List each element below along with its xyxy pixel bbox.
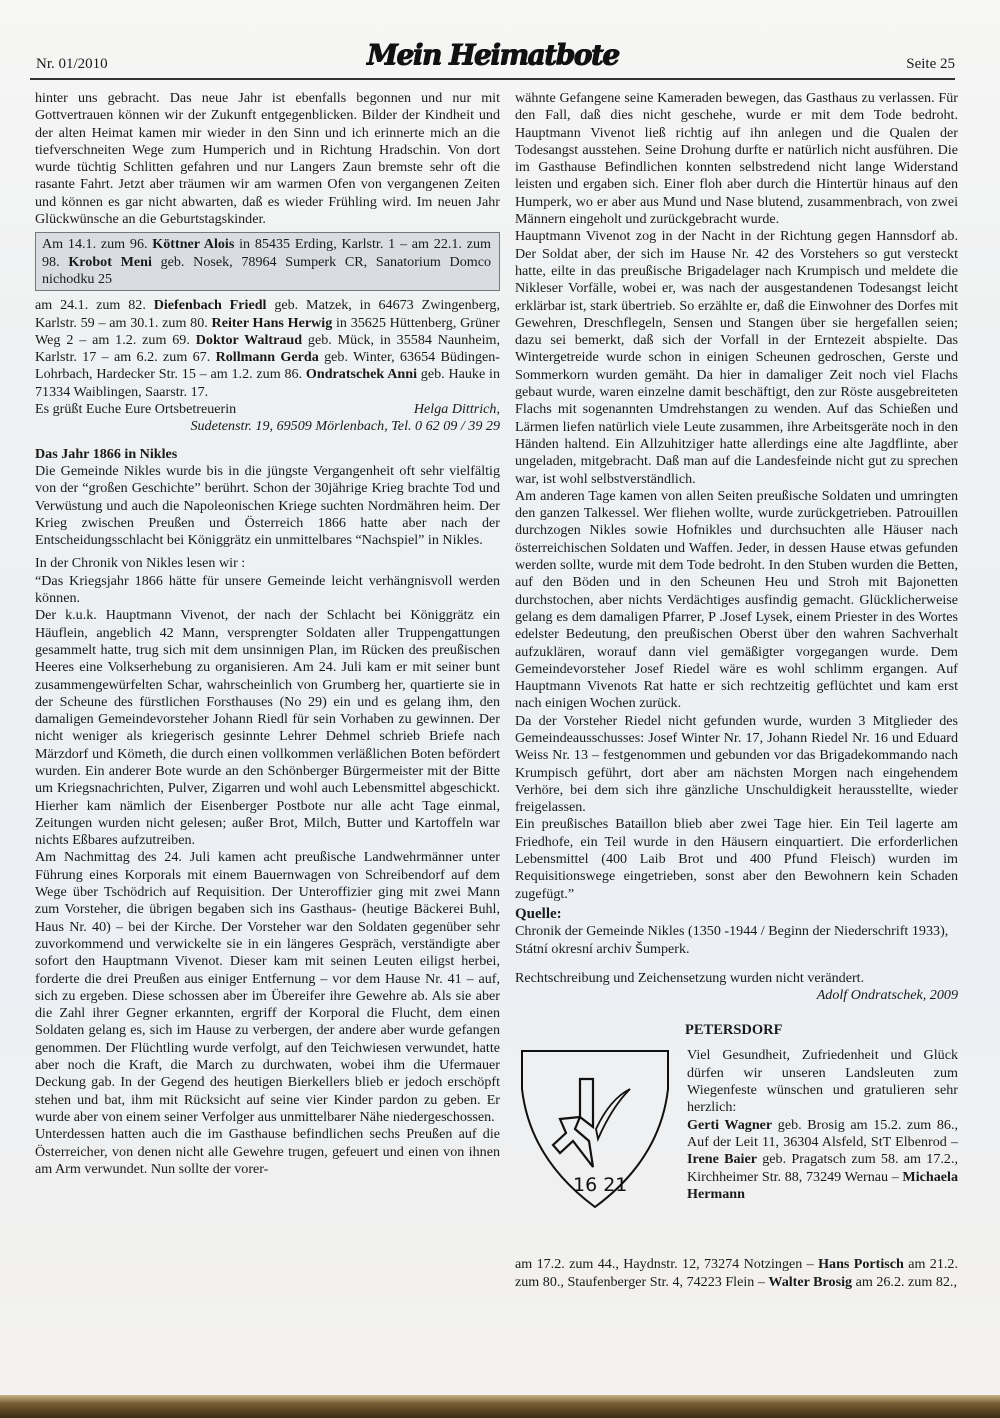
signature-address: Sudetenstr. 19, 69509 Mörlenbach, Tel. 0… [35, 418, 500, 435]
shield-year: 16 21 [573, 1174, 627, 1196]
birthday-name: Ondratschek Anni [306, 366, 417, 382]
birthday-name: Gerti Wagner [687, 1117, 772, 1133]
article-author: Adolf Ondratschek, 2009 [515, 987, 958, 1004]
article-paragraph: Am Nachmittag des 24. Juli kamen acht pr… [35, 849, 500, 1126]
birthday-name: Krobot Meni [68, 254, 152, 270]
petersdorf-coat-of-arms-icon: 16 21 [520, 1049, 670, 1209]
birthday-text: Am 14.1. zum 96. [42, 236, 152, 252]
petersdorf-title: PETERSDORF [685, 1022, 783, 1039]
right-column: wähnte Gefangene seine Kameraden bewegen… [515, 90, 958, 1312]
page-number: Seite 25 [906, 56, 955, 73]
article-title: Das Jahr 1866 in Nikles [35, 446, 500, 463]
intro-paragraph: hinter uns gebracht. Das neue Jahr ist e… [35, 90, 500, 228]
masthead-logo: Mein Heimatbote [367, 38, 619, 71]
birthday-name: Rollmann Gerda [216, 349, 319, 365]
petersdorf-greetings: Viel Gesundheit, Zufriedenheit und Glück… [687, 1047, 958, 1203]
left-column: hinter uns gebracht. Das neue Jahr ist e… [35, 90, 500, 1178]
petersdorf-intro: Viel Gesundheit, Zufriedenheit und Glück… [687, 1047, 958, 1115]
page-header: Nr. 01/2010 Mein Heimatbote Seite 25 [30, 38, 955, 78]
article-paragraph: Ein preußisches Bataillon blieb aber zwe… [515, 816, 958, 902]
birthday-name: Irene Baier [687, 1151, 757, 1167]
article-paragraph: “Das Kriegsjahr 1866 hätte für unsere Ge… [35, 573, 500, 608]
birthday-name: Hans Portisch [818, 1256, 904, 1272]
highlighted-birthdays-box: Am 14.1. zum 96. Köttner Alois in 85435 … [35, 232, 500, 291]
editorial-note: Rechtschreibung und Zeichensetzung wurde… [515, 970, 958, 987]
signature-greeting: Es grüßt Euche Eure Ortsbetreuerin [35, 401, 236, 418]
article-paragraph: Da der Vorsteher Riedel nicht gefunden w… [515, 713, 958, 817]
birthday-name: Diefenbach Friedl [154, 297, 267, 313]
signature-line: Es grüßt Euche Eure Ortsbetreuerin Helga… [35, 401, 500, 418]
issue-number: Nr. 01/2010 [36, 56, 108, 73]
birthday-text: am 26.2. zum 82., [852, 1274, 957, 1290]
source-label: Quelle: [515, 906, 958, 923]
birthday-text: am 17.2. zum 44., Haydnstr. 12, 73274 No… [515, 1256, 818, 1272]
petersdorf-section: PETERSDORF 16 21 Viel Gesundheit, Zufrie… [515, 1022, 958, 1312]
birthday-text: am 24.1. zum 82. [35, 297, 154, 313]
source-text: Chronik der Gemeinde Nikles (1350 -1944 … [515, 923, 958, 958]
article-paragraph: Am anderen Tage kamen von allen Seiten p… [515, 488, 958, 713]
article-paragraph: Der k.u.k. Hauptmann Vivenot, der nach d… [35, 607, 500, 849]
birthday-name: Walter Brosig [768, 1274, 852, 1290]
birthday-name: Köttner Alois [152, 236, 234, 252]
header-rule [30, 78, 955, 80]
page-bottom-edge [0, 1395, 1000, 1418]
petersdorf-birthday-continuation: am 17.2. zum 44., Haydnstr. 12, 73274 No… [515, 1256, 958, 1291]
article-paragraph: Die Gemeinde Nikles wurde bis in die jün… [35, 463, 500, 549]
article-paragraph: wähnte Gefangene seine Kameraden bewegen… [515, 90, 958, 228]
newspaper-page: Nr. 01/2010 Mein Heimatbote Seite 25 hin… [0, 0, 1000, 1395]
signature-name: Helga Dittrich, [414, 401, 500, 418]
article-paragraph: In der Chronik von Nikles lesen wir : [35, 555, 500, 572]
birthday-name: Reiter Hans Herwig [212, 315, 333, 331]
article-paragraph: Hauptmann Vivenot zog in der Nacht in de… [515, 228, 958, 487]
birthday-name: Doktor Waltraud [196, 332, 302, 348]
article-paragraph: Unterdessen hatten auch die im Gasthause… [35, 1126, 500, 1178]
birthday-list: am 24.1. zum 82. Diefenbach Friedl geb. … [35, 297, 500, 401]
